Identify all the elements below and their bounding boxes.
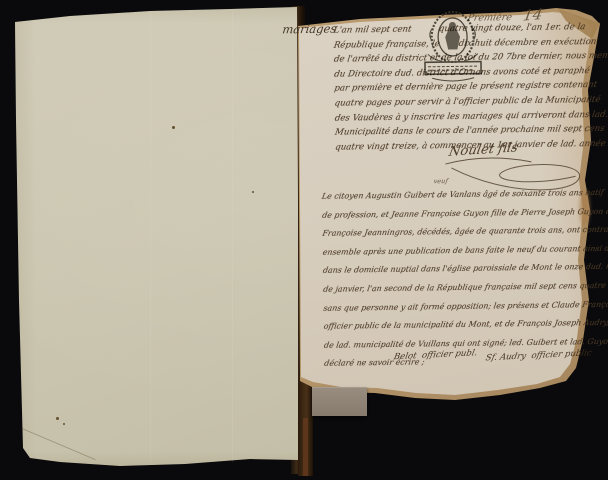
marriage-act-paragraph: Le citoyen Augustin Guibert de Vanlans â… — [322, 184, 587, 374]
margin-label: mariages — [282, 23, 337, 36]
left-page-fold-line — [232, 10, 233, 462]
archival-scan: mariages Première 14 L'an mil sept cent … — [0, 0, 608, 480]
left-page-fold-line — [150, 12, 151, 462]
official-seal-stamp-icon — [419, 10, 486, 83]
interlinear-insertion: veuf — [433, 178, 448, 185]
paper-speck — [252, 191, 254, 193]
paper-speck — [172, 126, 175, 129]
paper-speck — [56, 417, 59, 420]
paper-speck — [63, 423, 65, 425]
spine-leather-streak — [303, 418, 308, 476]
manuscript-content: mariages Première 14 L'an mil sept cent … — [297, 6, 605, 410]
